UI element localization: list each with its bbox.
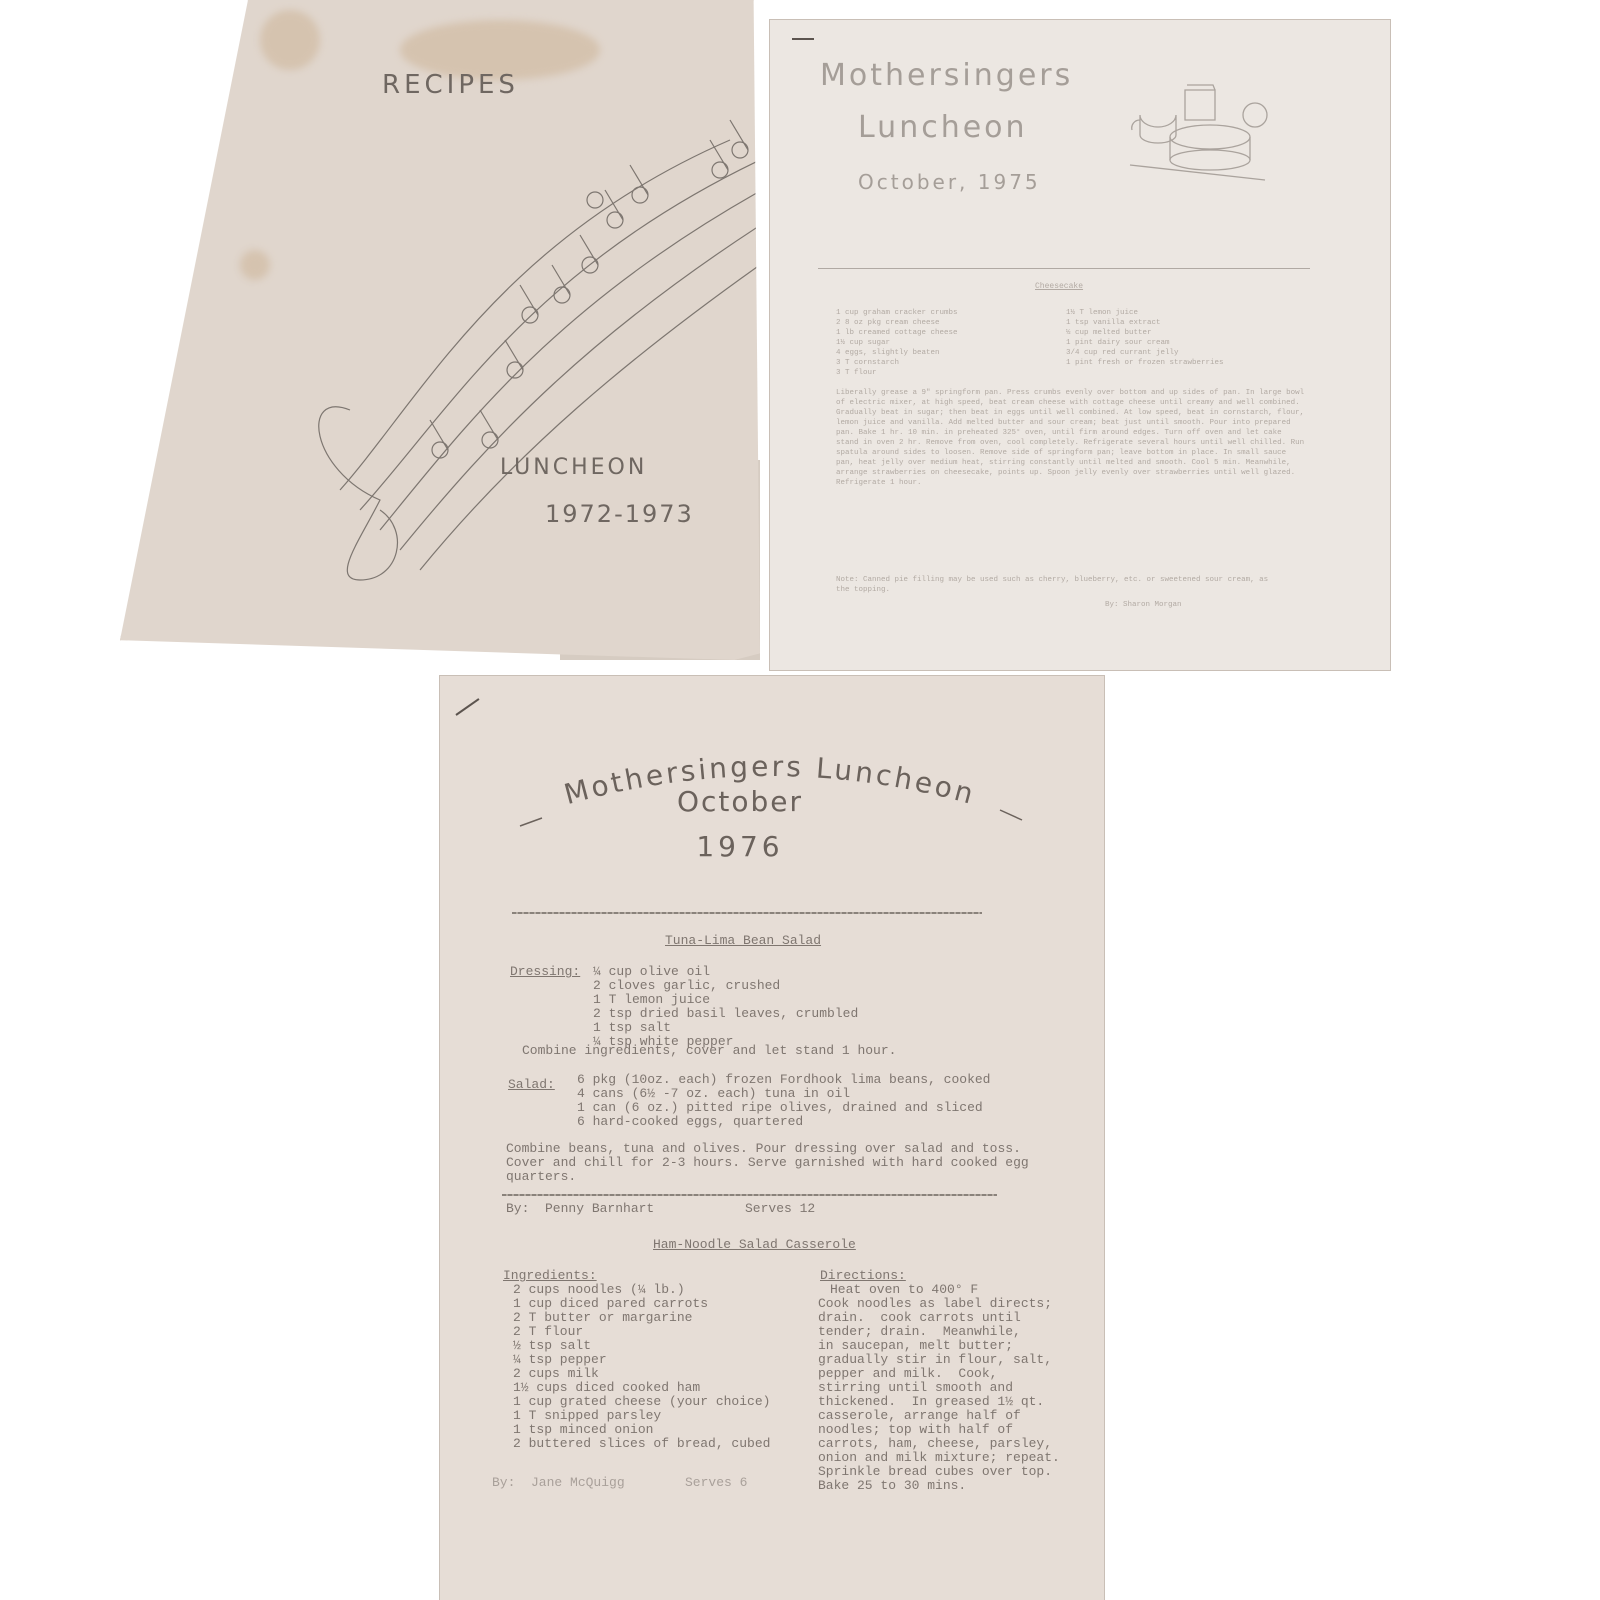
recipe-title-tuna-lima: Tuna-Lima Bean Salad <box>665 934 821 948</box>
pencil-mark <box>792 38 814 40</box>
cover-subtitle: LUNCHEON <box>500 455 647 480</box>
recipe-title: Cheesecake <box>1035 282 1083 292</box>
booklet-1976-page: Mothersingers Luncheon October 1976 Tuna… <box>440 676 1104 1600</box>
kitchen-illustration <box>1125 75 1275 185</box>
divider-line <box>502 1194 997 1196</box>
page-title-line3: 1976 <box>696 830 783 863</box>
ingredients-right-column: 1½ T lemon juice 1 tsp vanilla extract ½… <box>1066 308 1224 368</box>
booklet-1975-page: Mothersingers Luncheon October, 1975 Che… <box>770 20 1390 670</box>
dressing-label: Dressing: <box>510 965 580 979</box>
page-date: October, 1975 <box>858 170 1041 194</box>
page-title-handwritten: Mothersingers Luncheon October 1976 <box>500 706 1060 886</box>
water-stain <box>260 10 320 70</box>
recipe-author: By: Jane McQuigg <box>492 1476 625 1490</box>
page-title-line1: Mothersingers <box>820 58 1073 93</box>
directions-preheat: Heat oven to 400° F <box>830 1283 978 1297</box>
booklet-1972-cover: RECIPES LUNCHEON 1972-1973 <box>120 0 760 660</box>
salad-ingredients: 6 pkg (10oz. each) frozen Fordhook lima … <box>577 1073 990 1129</box>
recipe-author: By: Sharon Morgan <box>1105 600 1182 610</box>
salad-method: Combine beans, tuna and olives. Pour dre… <box>506 1142 1066 1184</box>
ingredients-label: Ingredients: <box>503 1269 597 1283</box>
recipe-serves: Serves 12 <box>745 1202 815 1216</box>
recipe-note: Note: Canned pie filling may be used suc… <box>836 575 1286 595</box>
ingredients-left-column: 1 cup graham cracker crumbs 2 8 oz pkg c… <box>836 308 958 378</box>
divider-line <box>512 912 982 914</box>
cover-years: 1972-1973 <box>545 500 694 528</box>
water-stain <box>240 250 270 280</box>
directions-text: Cook noodles as label directs; drain. co… <box>818 1297 1060 1493</box>
page-title-line2: Luncheon <box>858 110 1028 145</box>
dressing-method: Combine ingredients, cover and let stand… <box>522 1044 896 1058</box>
recipe-serves: Serves 6 <box>685 1476 747 1490</box>
divider-line <box>818 268 1310 269</box>
pencil-mark <box>455 698 479 716</box>
page-title-line2: October <box>677 785 803 818</box>
recipe-method: Liberally grease a 9" springform pan. Pr… <box>836 388 1306 488</box>
dressing-ingredients: ¼ cup olive oil 2 cloves garlic, crushed… <box>593 965 858 1049</box>
recipe-title-ham-noodle: Ham-Noodle Salad Casserole <box>653 1238 856 1252</box>
cover-title: RECIPES <box>382 70 519 100</box>
ingredients-list: 2 cups noodles (¼ lb.) 1 cup diced pared… <box>513 1283 770 1451</box>
recipe-author: By: Penny Barnhart <box>506 1202 654 1216</box>
directions-label: Directions: <box>820 1269 906 1283</box>
salad-label: Salad: <box>508 1078 555 1092</box>
